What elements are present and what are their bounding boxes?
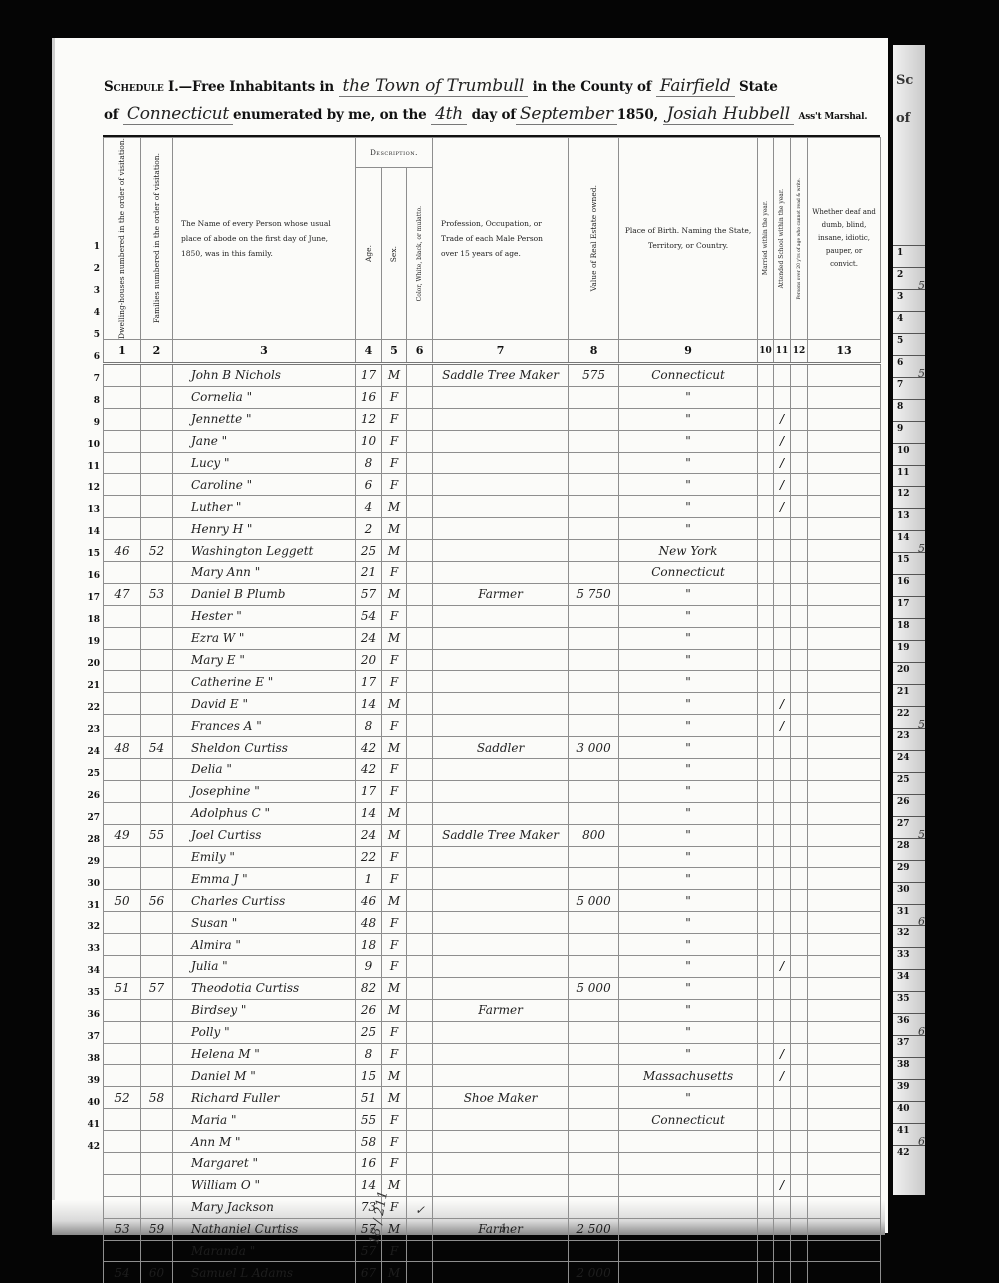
cell-name: Maranda " [173,1240,356,1262]
table-row: Henry H "2M" [104,518,881,540]
cell-value: 575 [569,363,619,386]
adjacent-line-number: 25 [897,775,910,785]
cell-illiterate [791,1218,808,1240]
cell-occupation: Saddle Tree Maker [433,824,569,846]
adjacent-mark: 5 [918,718,925,731]
cell-school [774,1021,791,1043]
cell-occupation [433,496,569,518]
cell-occupation [433,518,569,540]
cell-birth: " [619,583,758,605]
line-number: 18 [78,615,100,625]
cell-sex: M [382,824,407,846]
cell-dwelling [104,1131,141,1153]
cell-occupation [433,474,569,496]
cell-illiterate [791,1240,808,1262]
cell-school [774,934,791,956]
table-row: Julia "9F"/ [104,955,881,977]
column-number-1: 1 [104,339,141,363]
adjacent-rule [893,816,925,817]
cell-sex: F [382,430,407,452]
adjacent-header-fragment-1: Sc [896,73,913,88]
cell-sex: F [382,386,407,408]
cell-age: 20 [356,649,382,671]
header-name: The Name of every Person whose usual pla… [173,138,356,340]
cell-color [407,693,433,715]
line-number: 42 [78,1142,100,1152]
table-row: Mary E "20F" [104,649,881,671]
cell-name: David E " [173,693,356,715]
cell-name: Delia " [173,758,356,780]
cell-family [141,474,173,496]
cell-school: / [774,452,791,474]
line-number: 34 [78,966,100,976]
cell-value: 5 750 [569,583,619,605]
cell-color [407,890,433,912]
cell-family: 52 [141,540,173,562]
cell-illiterate [791,1109,808,1131]
cell-school [774,912,791,934]
cell-school: / [774,693,791,715]
cell-married [758,671,774,693]
line-number: 17 [78,593,100,603]
cell-name: Jane " [173,430,356,452]
cell-family [141,1240,173,1262]
cell-color [407,758,433,780]
cell-condition [808,912,881,934]
cell-value [569,671,619,693]
cell-school [774,846,791,868]
table-row: David E "14M"/ [104,693,881,715]
cell-occupation [433,1043,569,1065]
cell-family [141,605,173,627]
cell-birth: " [619,715,758,737]
line-number: 4 [78,308,100,318]
cell-sex: M [382,583,407,605]
column-number-7: 7 [433,339,569,363]
cell-age: 8 [356,452,382,474]
cell-age: 58 [356,1131,382,1153]
cell-birth: " [619,474,758,496]
cell-school: / [774,408,791,430]
cell-occupation [433,890,569,912]
cell-occupation [433,868,569,890]
cell-condition [808,1065,881,1087]
cell-color [407,999,433,1021]
line-number: 36 [78,1010,100,1020]
cell-occupation [433,1131,569,1153]
line-number: 24 [78,747,100,757]
cell-married [758,605,774,627]
cell-age: 51 [356,1087,382,1109]
cell-name: Daniel M " [173,1065,356,1087]
cell-family [141,1109,173,1131]
cell-color [407,474,433,496]
table-row: Daniel M "15MMassachusetts/ [104,1065,881,1087]
cell-illiterate [791,1131,808,1153]
cell-family [141,912,173,934]
adjacent-line-number: 30 [897,885,910,895]
cell-dwelling [104,1196,141,1218]
adjacent-rule [893,904,925,905]
cell-name: Hester " [173,605,356,627]
cell-occupation [433,671,569,693]
cell-sex: F [382,1131,407,1153]
line-number: 3 [78,286,100,296]
adjacent-mark: 5 [918,828,925,841]
cell-birth: " [619,605,758,627]
cell-name: Luther " [173,496,356,518]
schedule-title-line-2: of Connecticutenumerated by me, on the 4… [104,104,867,124]
cell-condition [808,561,881,583]
adjacent-rule [893,640,925,641]
cell-birth: Connecticut [619,561,758,583]
cell-color [407,977,433,999]
year-label: 1850, [617,107,658,123]
line-number: 10 [78,440,100,450]
cell-married [758,780,774,802]
cell-color [407,671,433,693]
cell-married [758,540,774,562]
cell-married [758,1043,774,1065]
cell-family [141,715,173,737]
line-number: 25 [78,769,100,779]
table-row: Caroline "6F"/ [104,474,881,496]
cell-school [774,737,791,759]
line-number: 40 [78,1098,100,1108]
adjacent-rule [893,443,925,444]
cell-name: Nathaniel Curtiss [173,1218,356,1240]
cell-family [141,561,173,583]
cell-dwelling [104,1153,141,1175]
cell-dwelling [104,386,141,408]
adjacent-mark: 5 [918,367,925,380]
adjacent-line-number: 13 [897,511,910,521]
cell-value [569,955,619,977]
adjacent-rule [893,399,925,400]
cell-value [569,1196,619,1218]
cell-color [407,561,433,583]
cell-dwelling [104,408,141,430]
table-row: Ann M "58F [104,1131,881,1153]
cell-color [407,912,433,934]
adjacent-line-number: 12 [897,489,910,499]
cell-name: Frances A " [173,715,356,737]
cell-dwelling [104,1240,141,1262]
table-row: Delia "42F" [104,758,881,780]
cell-condition [808,715,881,737]
adjacent-rule [893,1057,925,1058]
cell-married [758,846,774,868]
cell-birth: " [619,671,758,693]
adjacent-line-number: 16 [897,577,910,587]
cell-married [758,1174,774,1196]
cell-married [758,1262,774,1283]
cell-school: / [774,715,791,737]
cell-married [758,1087,774,1109]
cell-age: 16 [356,386,382,408]
cell-birth: " [619,934,758,956]
adjacent-line-number: 24 [897,753,910,763]
table-row: Frances A "8F"/ [104,715,881,737]
cell-family [141,496,173,518]
cell-condition [808,780,881,802]
tick-mark: 1 [500,1222,507,1235]
cell-occupation [433,452,569,474]
cell-illiterate [791,868,808,890]
cell-occupation [433,1109,569,1131]
adjacent-line-number: 10 [897,446,910,456]
cell-illiterate [791,363,808,386]
cell-dwelling: 48 [104,737,141,759]
line-number: 30 [78,879,100,889]
cell-birth: " [619,496,758,518]
cell-name: Theodotia Curtiss [173,977,356,999]
cell-value [569,802,619,824]
cell-age: 15 [356,1065,382,1087]
cell-dwelling: 46 [104,540,141,562]
line-number: 23 [78,725,100,735]
cell-illiterate [791,518,808,540]
adjacent-rule [893,1123,925,1124]
line-number: 39 [78,1076,100,1086]
cell-value [569,780,619,802]
cell-sex: M [382,1065,407,1087]
cell-married [758,363,774,386]
cell-school: / [774,474,791,496]
cell-school [774,1087,791,1109]
cell-school [774,824,791,846]
cell-school [774,999,791,1021]
cell-name: Maria " [173,1109,356,1131]
cell-sex: M [382,890,407,912]
adjacent-line-number: 15 [897,555,910,565]
cell-family [141,1021,173,1043]
table-row: Jane "10F"/ [104,430,881,452]
cell-dwelling [104,430,141,452]
line-number: 41 [78,1120,100,1130]
cell-color [407,605,433,627]
adjacent-line-number: 26 [897,797,910,807]
cell-birth: " [619,693,758,715]
cell-color [407,1021,433,1043]
cell-sex: M [382,363,407,386]
cell-condition [808,605,881,627]
cell-dwelling [104,1021,141,1043]
cell-occupation [433,408,569,430]
cell-name: Lucy " [173,452,356,474]
cell-family: 56 [141,890,173,912]
cell-school [774,758,791,780]
cell-name: Ezra W " [173,627,356,649]
cell-family: 54 [141,737,173,759]
header-description-group: Description. [356,138,433,168]
table-row: Maranda "57F [104,1240,881,1262]
cell-color [407,540,433,562]
cell-occupation [433,715,569,737]
cell-name: Polly " [173,1021,356,1043]
cell-name: Sheldon Curtiss [173,737,356,759]
header-married: Married within the year. [758,138,774,340]
title-prefix: —Free Inhabitants in [179,79,334,95]
cell-school: / [774,496,791,518]
cell-name: Birdsey " [173,999,356,1021]
cell-dwelling [104,955,141,977]
cell-birth: " [619,649,758,671]
cell-illiterate [791,540,808,562]
cell-condition [808,1087,881,1109]
cell-occupation [433,627,569,649]
cell-condition [808,824,881,846]
cell-illiterate [791,890,808,912]
adjacent-rule [893,947,925,948]
cell-school [774,671,791,693]
cell-illiterate [791,955,808,977]
cell-married [758,1240,774,1262]
cell-age: 25 [356,540,382,562]
cell-value [569,758,619,780]
table-row: William O "14M/ [104,1174,881,1196]
cell-age: 16 [356,1153,382,1175]
cell-married [758,474,774,496]
cell-family: 57 [141,977,173,999]
cell-age: 54 [356,605,382,627]
cell-color [407,1131,433,1153]
line-number: 27 [78,813,100,823]
cell-dwelling [104,518,141,540]
cell-school [774,627,791,649]
cell-name: Daniel B Plumb [173,583,356,605]
adjacent-rule [893,662,925,663]
cell-color [407,868,433,890]
enumerated-label: enumerated by me, on the [233,107,427,123]
cell-illiterate [791,583,808,605]
cell-name: Emily " [173,846,356,868]
table-row: Cornelia "16F" [104,386,881,408]
adjacent-line-number: 27 [897,819,910,829]
line-number: 31 [78,901,100,911]
adjacent-line-number: 1 [897,248,903,258]
adjacent-line-number: 31 [897,907,910,917]
cell-value [569,408,619,430]
cell-value [569,1087,619,1109]
adjacent-mark: 6 [918,1025,925,1038]
cell-school [774,977,791,999]
adjacent-line-number: 11 [897,468,910,478]
cell-sex: F [382,1153,407,1175]
cell-dwelling: 50 [104,890,141,912]
cell-birth: " [619,890,758,912]
cell-name: Charles Curtiss [173,890,356,912]
cell-dwelling [104,715,141,737]
cell-condition [808,693,881,715]
cell-condition [808,1218,881,1240]
adjacent-rule [893,355,925,356]
table-row: Josephine "17F" [104,780,881,802]
table-row: Birdsey "26MFarmer" [104,999,881,1021]
header-illiterate: Persons over 20 y'rs of age who cannot r… [791,138,808,340]
table-row: 4955Joel Curtiss24MSaddle Tree Maker800" [104,824,881,846]
cell-family [141,999,173,1021]
cell-name: Henry H " [173,518,356,540]
cell-illiterate [791,605,808,627]
cell-school: / [774,1065,791,1087]
cell-condition [808,977,881,999]
adjacent-line-number: 39 [897,1082,910,1092]
adjacent-mark: 5 [918,542,925,555]
cell-married [758,1021,774,1043]
cell-family: 58 [141,1087,173,1109]
cell-value [569,1153,619,1175]
adjacent-mark: 6 [918,1135,925,1148]
cell-occupation [433,540,569,562]
cell-occupation [433,386,569,408]
table-row: 5056Charles Curtiss46M5 000" [104,890,881,912]
adjacent-rule [893,750,925,751]
cell-condition [808,1196,881,1218]
cell-family [141,1196,173,1218]
cell-married [758,802,774,824]
cell-family [141,1174,173,1196]
table-row: Lucy "8F"/ [104,452,881,474]
column-number-row: 12345678910111213 [104,339,881,363]
table-row: Polly "25F" [104,1021,881,1043]
adjacent-line-number: 20 [897,665,910,675]
cell-occupation [433,430,569,452]
adjacent-line-number: 34 [897,972,910,982]
cell-value [569,1065,619,1087]
cell-name: Mary Jackson [173,1196,356,1218]
cell-occupation [433,802,569,824]
cell-value [569,912,619,934]
schedule-label: Schedule I. [104,79,179,95]
cell-sex: F [382,715,407,737]
cell-name: Caroline " [173,474,356,496]
cell-sex: F [382,955,407,977]
cell-birth: " [619,758,758,780]
cell-color [407,386,433,408]
cell-school [774,1153,791,1175]
cell-dwelling: 52 [104,1087,141,1109]
cell-value [569,540,619,562]
cell-age: 8 [356,715,382,737]
cell-value: 5 000 [569,890,619,912]
cell-color [407,518,433,540]
cell-married [758,912,774,934]
header-family: Families numbered in the order of visita… [141,138,173,340]
cell-illiterate [791,912,808,934]
cell-value [569,934,619,956]
cell-occupation [433,561,569,583]
cell-sex: M [382,540,407,562]
cell-sex: M [382,627,407,649]
header-dwelling: Dwelling-houses numbered in the order of… [104,138,141,340]
cell-dwelling [104,846,141,868]
column-number-3: 3 [173,339,356,363]
cell-school: / [774,955,791,977]
cell-sex: F [382,846,407,868]
cell-sex: F [382,649,407,671]
cell-dwelling [104,693,141,715]
cell-illiterate [791,1262,808,1283]
cell-married [758,649,774,671]
cell-color [407,846,433,868]
cell-color [407,1065,433,1087]
adjacent-rule [893,311,925,312]
cell-occupation [433,977,569,999]
cell-school [774,363,791,386]
cell-condition [808,1262,881,1283]
adjacent-rule [893,465,925,466]
